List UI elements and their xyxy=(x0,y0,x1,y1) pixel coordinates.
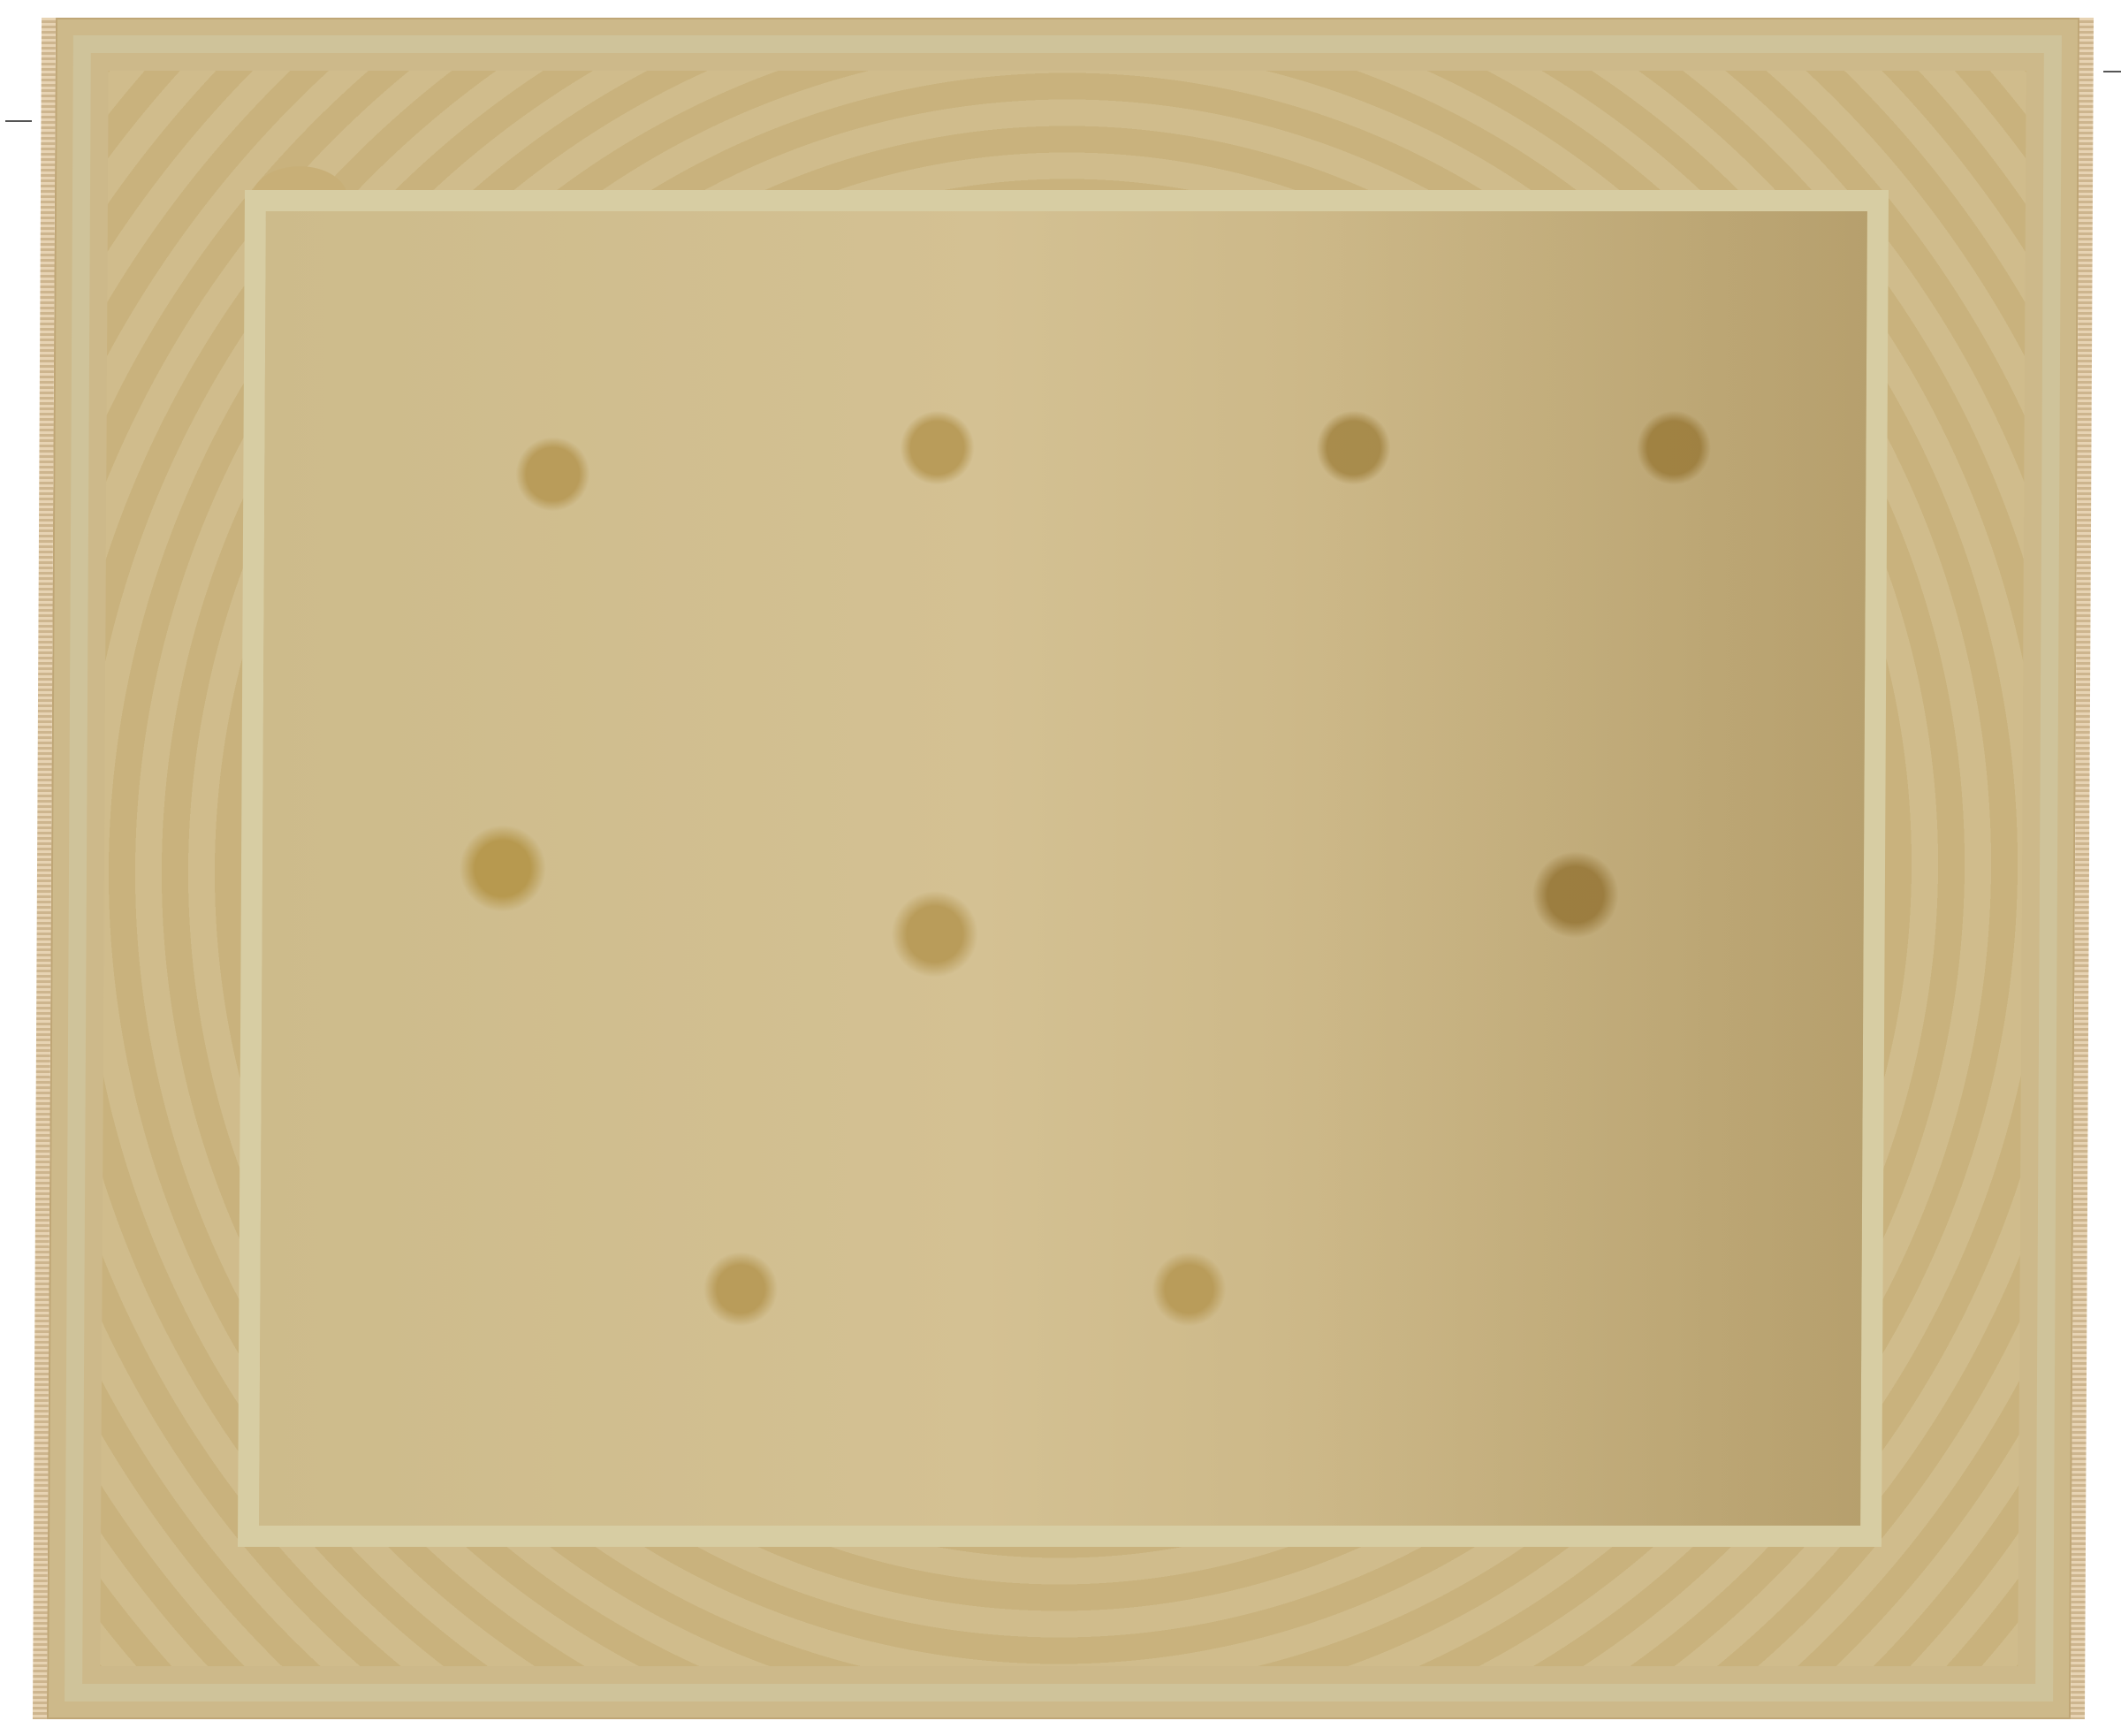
hanging-wire-left xyxy=(5,120,32,122)
field-shading xyxy=(1300,211,1867,1526)
hanging-wire-right xyxy=(2103,71,2121,72)
rug-fringe-left xyxy=(33,18,56,1719)
rug xyxy=(47,18,2079,1719)
rug-field xyxy=(259,211,1867,1526)
rug-fringe-right xyxy=(2071,18,2094,1719)
